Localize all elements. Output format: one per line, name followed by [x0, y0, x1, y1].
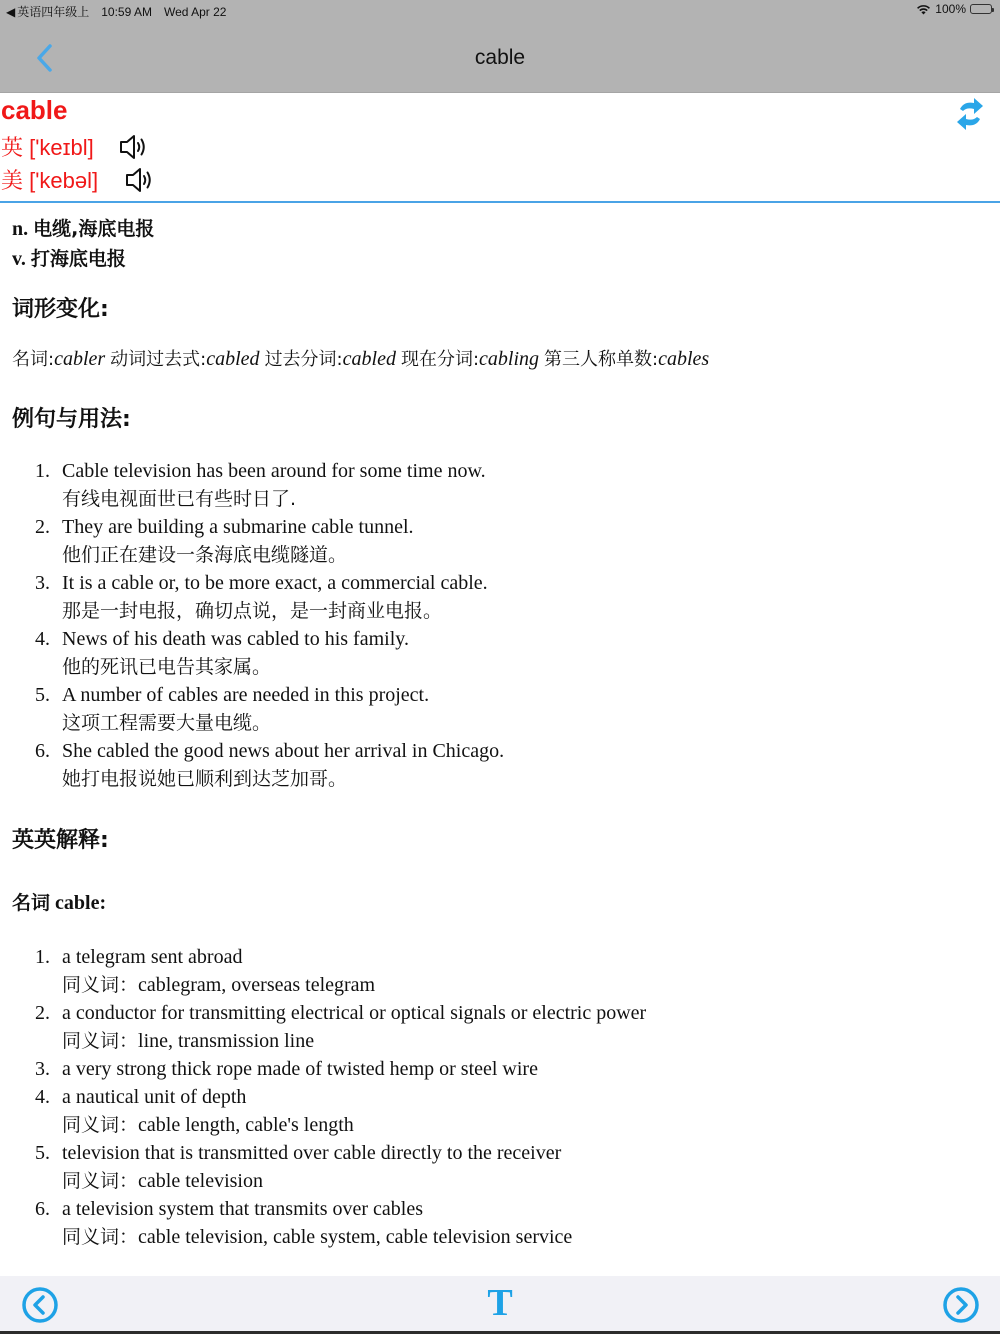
navigation-bar: ◀ 英语四年级上 10:59 AM Wed Apr 22 100% cable [0, 0, 1000, 93]
synonyms: 同义词：cable television, cable system, cabl… [62, 1223, 992, 1251]
item-number: 3. [35, 1055, 50, 1083]
word-header: cable 英 ['keɪbl] 美 ['kebəl] [0, 93, 1000, 202]
example-en: A number of cables are needed in this pr… [62, 684, 429, 706]
english-def-item: 1.a telegram sent abroad同义词：cablegram, o… [62, 943, 992, 999]
example-cn: 那是一封电报，确切点说，是一封商业电报。 [62, 597, 992, 625]
example-cn: 有线电视面世已有些时日了. [62, 485, 992, 513]
english-def-item: 2.a conductor for transmitting electrica… [62, 999, 992, 1055]
form-label: 现在分词: [401, 349, 479, 370]
refresh-icon[interactable] [954, 95, 986, 133]
synonym-values: cable television, cable system, cable te… [138, 1226, 572, 1248]
subhead-pos: 名词 [12, 892, 50, 914]
example-en: News of his death was cabled to his fami… [62, 628, 409, 650]
form-value: cables [658, 348, 709, 370]
form-label: 过去分词: [265, 349, 343, 370]
form-value: cabled [343, 348, 396, 370]
battery-icon [970, 4, 992, 14]
english-def-text: television that is transmitted over cabl… [62, 1142, 561, 1164]
speaker-icon[interactable] [118, 133, 148, 161]
example-en: Cable television has been around for som… [62, 460, 486, 482]
example-cn: 他的死讯已电告其家属。 [62, 653, 992, 681]
synonyms: 同义词：cable television [62, 1167, 992, 1195]
item-number: 4. [35, 625, 50, 653]
synonym-label: 同义词： [62, 1226, 138, 1248]
entry-content: n. 电缆,海底电报 v. 打海底电报 词形变化: 名词:cabler 动词过去… [12, 214, 992, 1251]
english-defs-list: 1.a telegram sent abroad同义词：cablegram, o… [12, 943, 992, 1251]
item-number: 4. [35, 1083, 50, 1111]
item-number: 6. [35, 1195, 50, 1223]
example-item: 1.Cable television has been around for s… [62, 457, 992, 513]
english-def-item: 3.a very strong thick rope made of twist… [62, 1055, 992, 1083]
english-def-item: 5.television that is transmitted over ca… [62, 1139, 992, 1195]
battery-percent: 100% [935, 2, 966, 16]
word-forms: 名词:cabler 动词过去式:cabled 过去分词:cabled 现在分词:… [12, 345, 992, 374]
nav-title: cable [0, 46, 1000, 70]
speaker-icon[interactable] [124, 166, 154, 194]
back-triangle-icon: ◀ [6, 5, 15, 19]
english-def-text: a conductor for transmitting electrical … [62, 1002, 646, 1024]
example-en: They are building a submarine cable tunn… [62, 516, 414, 538]
bottom-toolbar: T [0, 1276, 1000, 1332]
circle-chevron-right-icon[interactable] [942, 1286, 980, 1324]
back-app-label: 英语四年级上 [17, 3, 89, 20]
synonym-label: 同义词： [62, 1114, 138, 1136]
definition-text: 打海底电报 [31, 248, 126, 270]
english-def-text: a nautical unit of depth [62, 1086, 246, 1108]
definition-text: 电缆,海底电报 [33, 218, 154, 240]
example-cn: 她打电报说她已顺利到达芝加哥。 [62, 765, 992, 793]
synonym-values: cable television [138, 1170, 263, 1192]
synonyms: 同义词：cable length, cable's length [62, 1111, 992, 1139]
synonym-label: 同义词： [62, 1030, 138, 1052]
wifi-icon [916, 4, 931, 15]
item-number: 3. [35, 569, 50, 597]
example-item: 4.News of his death was cabled to his fa… [62, 625, 992, 681]
item-number: 1. [35, 457, 50, 485]
synonyms: 同义词：cablegram, overseas telegram [62, 971, 992, 999]
english-def-text: a very strong thick rope made of twisted… [62, 1058, 538, 1080]
form-value: cabled [206, 348, 259, 370]
status-date: Wed Apr 22 [164, 5, 226, 19]
headword: cable [1, 95, 68, 126]
english-def-item: 4.a nautical unit of depth同义词：cable leng… [62, 1083, 992, 1139]
synonym-values: cable length, cable's length [138, 1114, 354, 1136]
part-of-speech: n. [12, 218, 28, 240]
item-number: 5. [35, 1139, 50, 1167]
circle-chevron-left-icon[interactable] [21, 1286, 59, 1324]
english-defs-subhead: 名词 cable: [12, 888, 992, 915]
english-def-text: a television system that transmits over … [62, 1198, 423, 1220]
form-label: 第三人称单数: [544, 349, 658, 370]
example-item: 6.She cabled the good news about her arr… [62, 737, 992, 793]
example-item: 3.It is a cable or, to be more exact, a … [62, 569, 992, 625]
example-cn: 他们正在建设一条海底电缆隧道。 [62, 541, 992, 569]
definition-noun: n. 电缆,海底电报 [12, 214, 992, 244]
example-item: 5.A number of cables are needed in this … [62, 681, 992, 737]
back-to-app-link[interactable]: ◀ 英语四年级上 [6, 3, 89, 20]
phonetic-us: 美 ['kebəl] [1, 164, 98, 195]
phonetic-uk: 英 ['keɪbl] [1, 131, 94, 162]
form-value: cabler [54, 348, 105, 370]
definition-verb: v. 打海底电报 [12, 244, 992, 274]
synonym-values: line, transmission line [138, 1030, 314, 1052]
item-number: 6. [35, 737, 50, 765]
english-def-text: a telegram sent abroad [62, 946, 242, 968]
example-en: She cabled the good news about her arriv… [62, 740, 504, 762]
examples-title: 例句与用法: [12, 402, 992, 433]
part-of-speech: v. [12, 248, 26, 270]
item-number: 2. [35, 999, 50, 1027]
status-bar: ◀ 英语四年级上 10:59 AM Wed Apr 22 100% [0, 0, 1000, 20]
form-value: cabling [479, 348, 539, 370]
item-number: 2. [35, 513, 50, 541]
english-defs-title: 英英解释: [12, 823, 992, 854]
example-en: It is a cable or, to be more exact, a co… [62, 572, 488, 594]
synonyms: 同义词：line, transmission line [62, 1027, 992, 1055]
synonym-label: 同义词： [62, 1170, 138, 1192]
form-label: 动词过去式: [110, 349, 206, 370]
pronunciation-uk: 英 ['keɪbl] [1, 131, 148, 162]
subhead-word: cable: [55, 892, 106, 914]
synonym-values: cablegram, overseas telegram [138, 974, 375, 996]
examples-list: 1.Cable television has been around for s… [12, 457, 992, 793]
form-label: 名词: [12, 349, 54, 370]
item-number: 1. [35, 943, 50, 971]
word-forms-title: 词形变化: [12, 292, 992, 323]
item-number: 5. [35, 681, 50, 709]
status-time: 10:59 AM [101, 5, 152, 19]
header-divider [0, 201, 1000, 203]
english-def-item: 6.a television system that transmits ove… [62, 1195, 992, 1251]
example-item: 2.They are building a submarine cable tu… [62, 513, 992, 569]
font-size-button[interactable]: T [484, 1282, 516, 1324]
synonym-label: 同义词： [62, 974, 138, 996]
example-cn: 这项工程需要大量电缆。 [62, 709, 992, 737]
pronunciation-us: 美 ['kebəl] [1, 164, 154, 195]
